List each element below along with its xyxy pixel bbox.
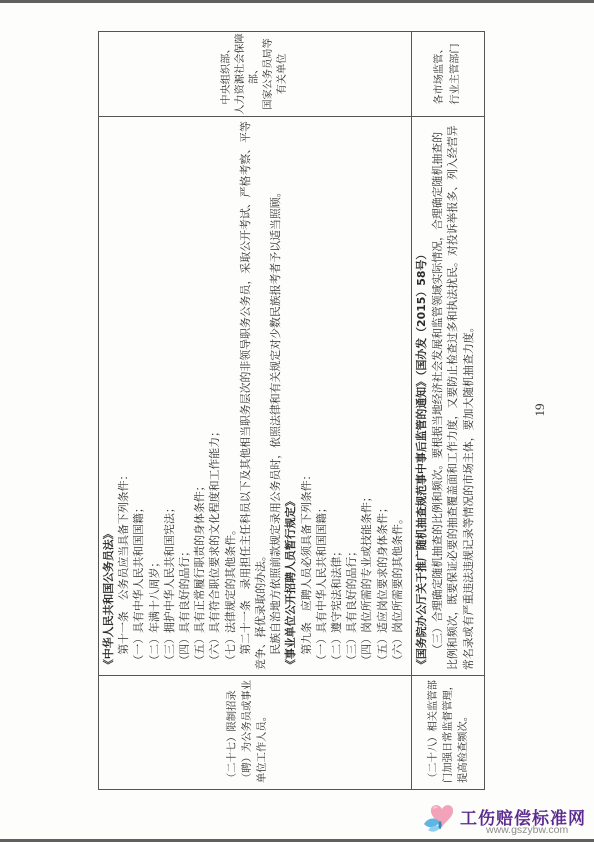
clause-line: （一）具有中华人民共和国国籍； — [314, 120, 329, 670]
article-continuation-line: 竞争、择优录取的办法。 — [253, 120, 268, 670]
article-line: 第十一条 公务员应当具备下列条件： — [116, 120, 131, 670]
clause-line: （四）岗位所需的专业或技能条件； — [359, 120, 374, 670]
department-cell: 各市场监管、 行业主管部门 — [412, 31, 485, 116]
article-line: 第九条 应聘人员必须具备下列条件： — [299, 120, 314, 670]
measure-line: （二十七）限制招录 — [225, 679, 240, 783]
department-cell: 中央组织部、 人力资源社会保障 部、 国家公务员局等 有关单位 — [99, 31, 412, 116]
site-watermark: 工伤赔偿标准网 www.gszybw.com — [420, 800, 592, 838]
clause-line: （三）合理确定随机抽查的比例和频次。要根据当地经济社会发展和监管领域实际情况，合… — [430, 120, 446, 670]
clause-line: （二）遵守宪法和法律； — [329, 120, 344, 670]
clause-line: （一）具有中华人民共和国国籍； — [131, 120, 146, 670]
measure-line: （聘）为公务员或事业 — [240, 679, 255, 783]
clause-line: （五）具有正常履行职责的身体条件； — [192, 120, 207, 670]
legal-basis-cell: 《中华人民共和国公务员法》 第十一条 公务员应当具备下列条件： （一）具有中华人… — [99, 116, 412, 675]
measure-line: 单位工作人员。 — [255, 679, 270, 783]
clause-line: （二）年满十八周岁； — [147, 120, 162, 670]
law-title: 《国务院办公厅关于推广随机抽查规范事中事后监管的通知》（国办发（2015）58号… — [414, 120, 430, 670]
department-line: 人力资源社会保障 — [234, 33, 248, 115]
heart-butterfly-icon — [422, 803, 456, 833]
measure-line: （二十八）相关监管部 — [426, 679, 441, 783]
clause-line: （七）法律规定的其他条件。 — [223, 120, 238, 670]
measure-line: 提高检查频次。 — [456, 679, 471, 783]
clause-line: （六）岗位所需要的其他条件。 — [390, 120, 405, 670]
department-line: 行业主管部门 — [448, 43, 464, 104]
measure-cell: （二十八）相关监管部 门加强日常监督管理， 提高检查频次。 — [412, 675, 485, 789]
document-page: （二十七）限制招录 （聘）为公务员或事业 单位工作人员。 《中华人民共和国公务员… — [0, 0, 594, 842]
clause-continuation-line: 比例和频次，既要保证必要的抽查覆盖面和工作力度，又要防止检查过多和执法扰民。对投… — [445, 120, 461, 670]
department-line: 国家公务员局等 — [262, 38, 276, 109]
article-line: 第二十一条 录用担任主任科员以下及其他相当职务层次的非领导职务公务员，采取公开考… — [238, 120, 253, 670]
clause-continuation-line: 常名录或有严重违法违规记录等情况的市场主体，要加大随机抽查力度。 — [461, 120, 477, 670]
clause-line: （六）具有符合职位要求的文化程度和工作能力； — [207, 120, 222, 670]
measure-cell: （二十七）限制招录 （聘）为公务员或事业 单位工作人员。 — [99, 675, 412, 789]
watermark-url: www.gszybw.com — [486, 824, 568, 836]
department-line: 部、 — [248, 64, 262, 84]
law-title: 《中华人民共和国公务员法》 — [101, 120, 116, 670]
legal-basis-cell: 《国务院办公厅关于推广随机抽查规范事中事后监管的通知》（国办发（2015）58号… — [412, 116, 485, 675]
paragraph-line: 民族自治地方依照前款规定录用公务员时，依照法律和有关规定对少数民族报考者予以适当… — [268, 120, 283, 670]
clause-line: （四）具有良好的品行； — [177, 120, 192, 670]
measures-table: （二十七）限制招录 （聘）为公务员或事业 单位工作人员。 《中华人民共和国公务员… — [98, 31, 485, 790]
measure-line: 门加强日常监督管理， — [441, 679, 456, 783]
clause-line: （三）拥护中华人民共和国宪法； — [162, 120, 177, 670]
page-number: 19 — [532, 398, 548, 422]
department-line: 各市场监管、 — [432, 43, 448, 104]
clause-line: （三）具有良好的品行； — [344, 120, 359, 670]
department-line: 有关单位 — [276, 54, 290, 95]
law-title: 《事业单位公开招聘人员暂行规定》 — [283, 120, 298, 670]
department-line: 中央组织部、 — [220, 43, 234, 104]
clause-line: （五）适应岗位要求的身体条件； — [375, 120, 390, 670]
